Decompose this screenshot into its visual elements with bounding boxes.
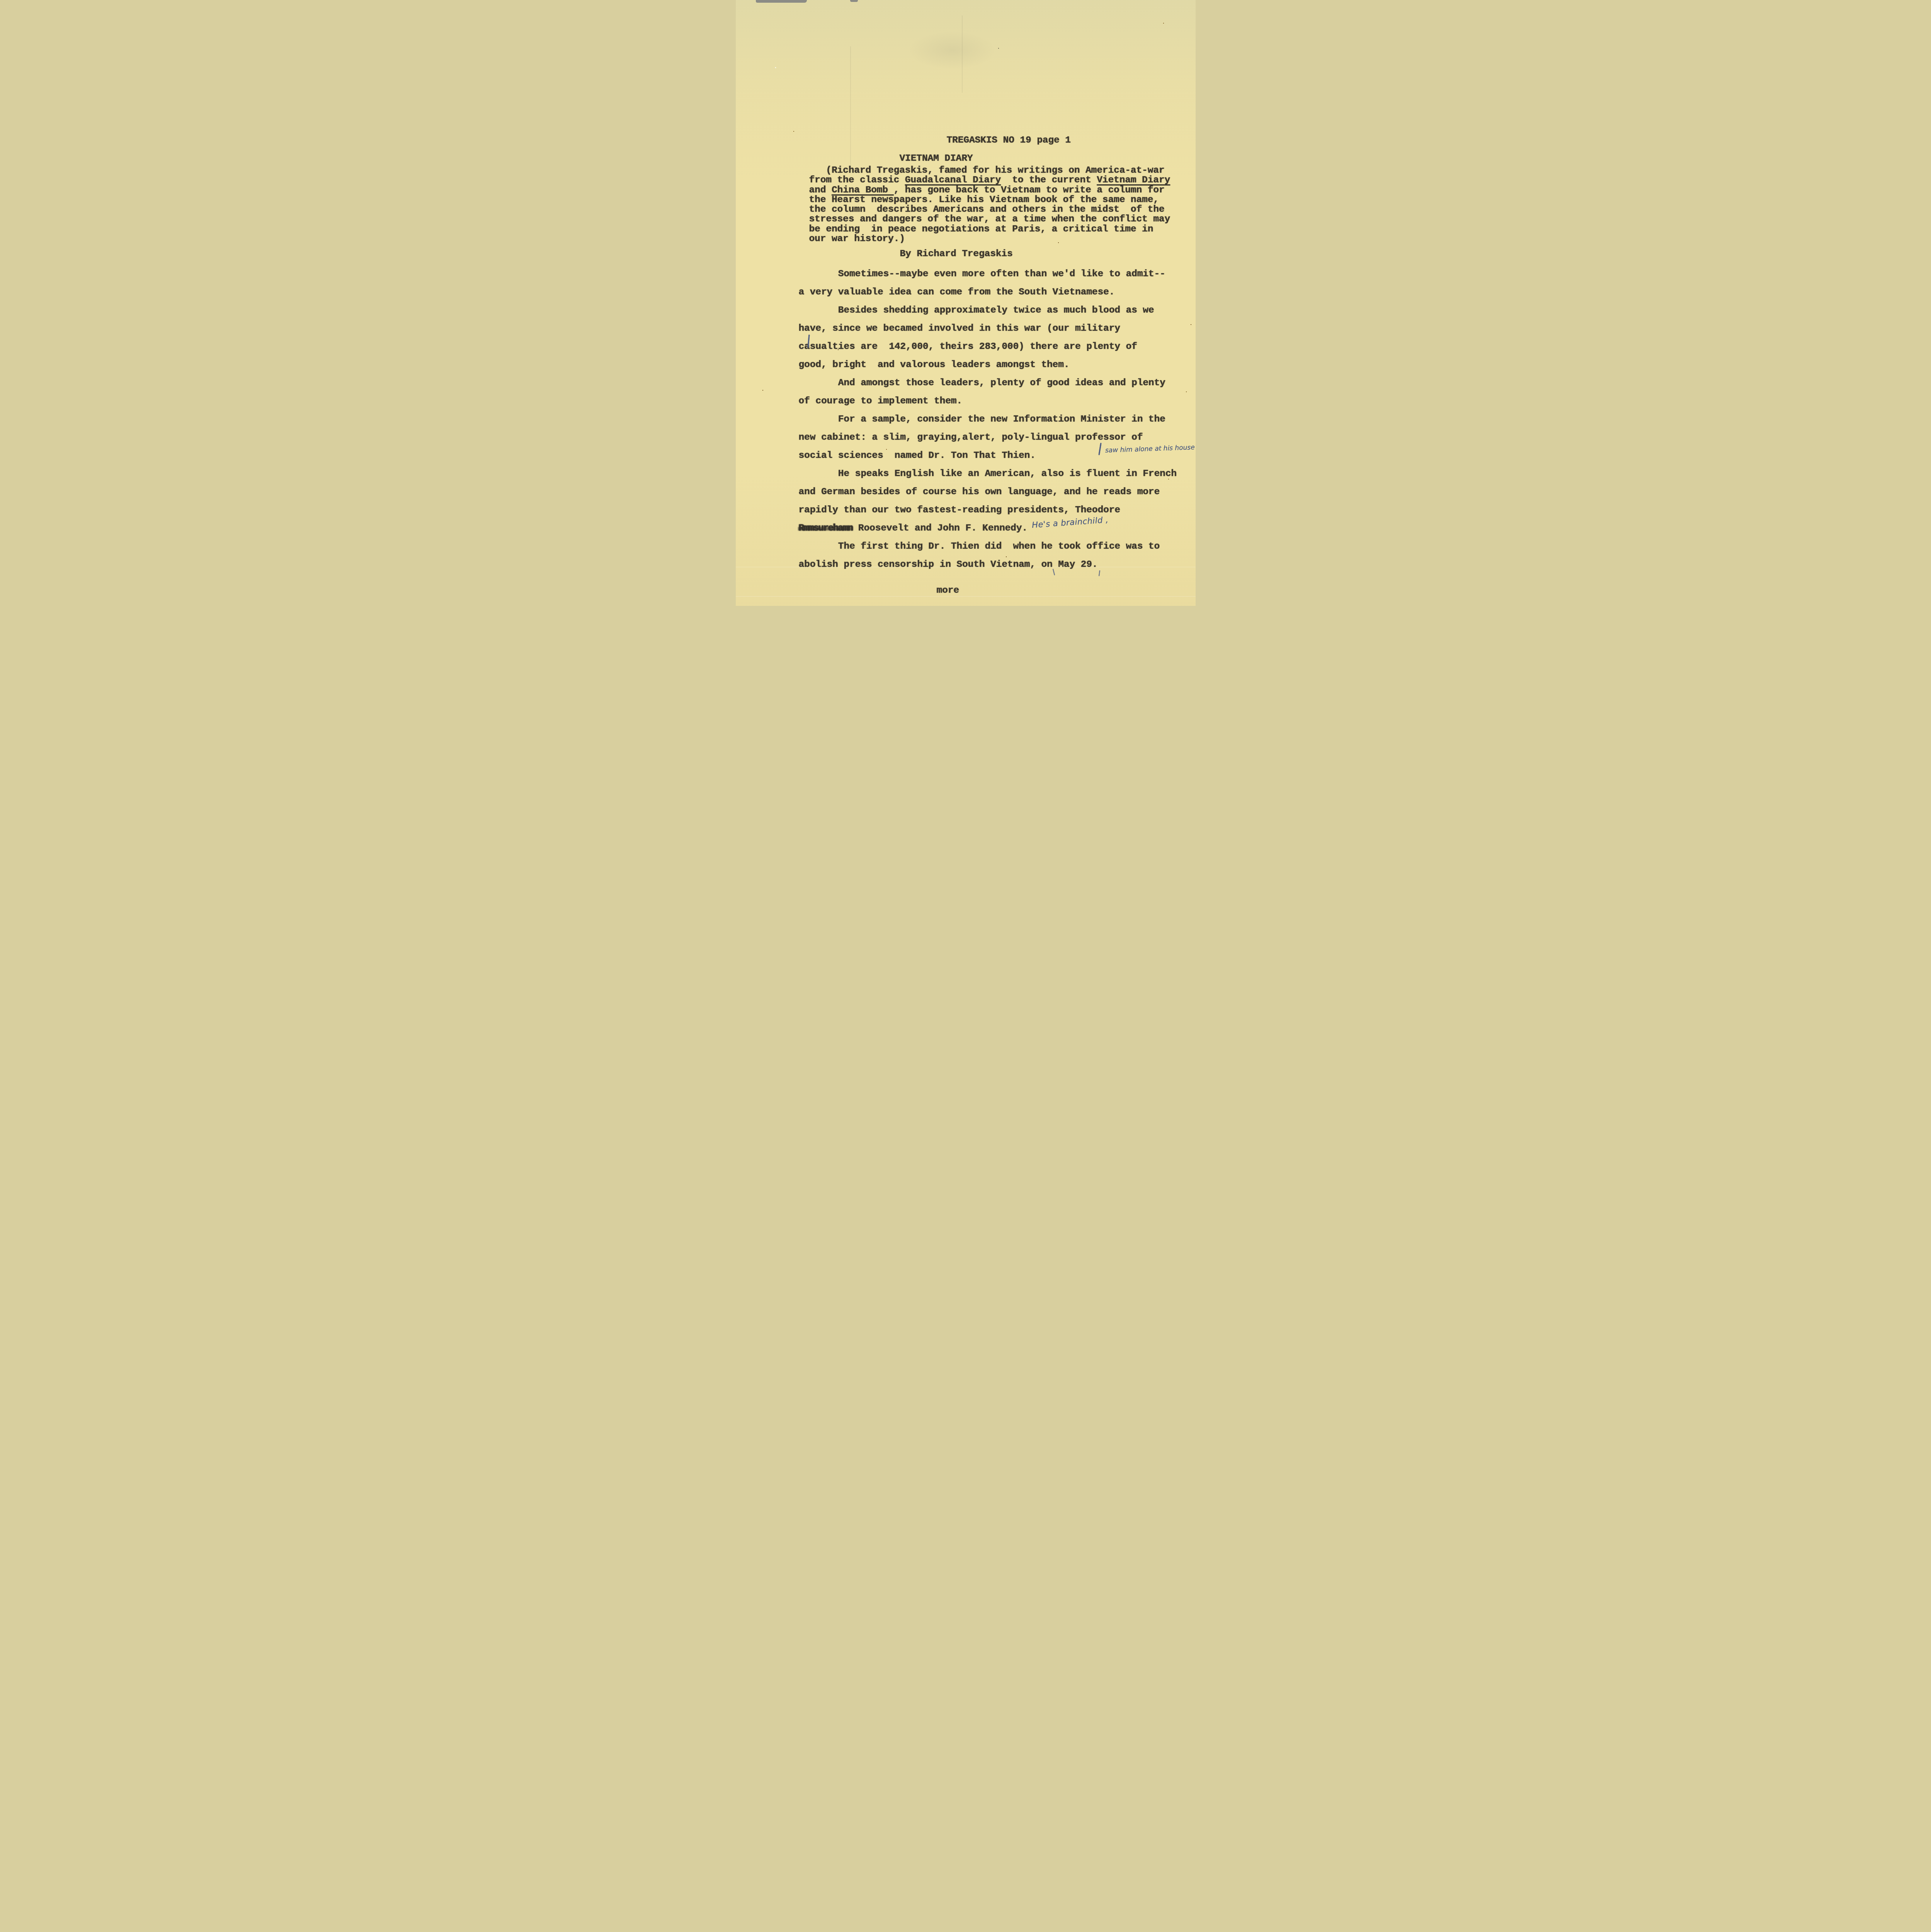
- typed-line: a very valuable idea can come from the S…: [799, 287, 1177, 306]
- paper-crease: [850, 46, 851, 170]
- typed-line: have, since we becamed involved in this …: [799, 324, 1177, 342]
- typed-text: The first thing Dr. Thien did when he to…: [799, 541, 1160, 552]
- scan-edge-artifact: [850, 0, 858, 2]
- byline: By Richard Tregaskis: [900, 249, 1013, 259]
- typed-text: Roosevelt and John F. Kennedy.: [852, 523, 1028, 534]
- typed-text: and: [809, 185, 832, 196]
- typed-text: and German besides of course his own lan…: [799, 487, 1160, 497]
- typed-text: For a sample, consider the new Informati…: [799, 414, 1165, 425]
- typed-line: be ending in peace negotiations at Paris…: [809, 224, 1171, 234]
- typed-text: to the current: [1001, 175, 1097, 185]
- typed-text: , has gone back to Vietnam to write a co…: [894, 185, 1165, 196]
- typed-text: from the classic: [809, 175, 905, 185]
- typed-text: rapidly than our two fastest-reading pre…: [799, 505, 1120, 515]
- typed-line: the Hearst newspapers. Like his Vietnam …: [809, 195, 1171, 205]
- body-paragraphs: Sometimes--maybe even more often than we…: [799, 269, 1177, 578]
- scan-edge-artifact: [756, 0, 807, 3]
- typed-line: from the classic Guadalcanal Diary to th…: [809, 175, 1171, 185]
- crossed-out-word: Rmmsurehamn: [799, 523, 853, 534]
- typed-line: He speaks English like an American, also…: [799, 469, 1177, 487]
- typed-line: and China Bomb , has gone back to Vietna…: [809, 185, 1171, 195]
- intro-paragraph: (Richard Tregaskis, famed for his writin…: [809, 166, 1171, 244]
- typed-text: And amongst those leaders, plenty of goo…: [799, 378, 1165, 388]
- typed-line: For a sample, consider the new Informati…: [799, 415, 1177, 433]
- typed-text: be ending in peace negotiations at Paris…: [809, 224, 1153, 235]
- underlined-book-title: Vietnam Diary: [1097, 175, 1170, 185]
- typed-text: have, since we becamed involved in this …: [799, 323, 1120, 334]
- typed-text: good, bright and valorous leaders amongs…: [799, 360, 1070, 370]
- typed-line: abolish press censorship in South Vietna…: [799, 560, 1177, 578]
- typed-text: Besides shedding approximately twice as …: [799, 305, 1154, 316]
- typed-line: casualties are 142,000, theirs 283,000) …: [799, 342, 1177, 360]
- typed-text: social sciences named Dr. Ton That Thien…: [799, 451, 1036, 461]
- typed-line: The first thing Dr. Thien did when he to…: [799, 542, 1177, 560]
- typed-text: the column describes Americans and other…: [809, 204, 1165, 215]
- header-doc-ref: TREGASKIS NO 19 page 1: [947, 135, 1071, 146]
- typed-line: of courage to implement them.: [799, 396, 1177, 415]
- scanned-document-page: TREGASKIS NO 19 page 1 VIETNAM DIARY (Ri…: [736, 0, 1196, 606]
- typed-text: of courage to implement them.: [799, 396, 962, 406]
- typed-text: Sometimes--maybe even more often than we…: [799, 269, 1165, 279]
- document-title: VIETNAM DIARY: [900, 153, 973, 164]
- typed-line: the column describes Americans and other…: [809, 205, 1171, 214]
- typed-line: our war history.): [809, 234, 1171, 244]
- typed-text: the Hearst newspapers. Like his Vietnam …: [809, 195, 1159, 205]
- typed-line: and German besides of course his own lan…: [799, 487, 1177, 505]
- typed-text: abolish press censorship in South Vietna…: [799, 560, 1098, 570]
- typed-text: our war history.): [809, 234, 905, 244]
- typed-text: new cabinet: a slim, graying,alert, poly…: [799, 432, 1143, 443]
- typed-line: stresses and dangers of the war, at a ti…: [809, 214, 1171, 224]
- typed-text: (Richard Tregaskis, famed for his writin…: [809, 165, 1165, 176]
- typed-text: stresses and dangers of the war, at a ti…: [809, 214, 1171, 224]
- paper-crease: [736, 596, 1196, 597]
- typed-line: And amongst those leaders, plenty of goo…: [799, 378, 1177, 396]
- underlined-book-title: Guadalcanal Diary: [905, 175, 1001, 185]
- typed-text: He speaks English like an American, also…: [799, 469, 1177, 479]
- typed-line: Besides shedding approximately twice as …: [799, 306, 1177, 324]
- typed-line: good, bright and valorous leaders amongs…: [799, 360, 1177, 378]
- paper-crease: [962, 15, 963, 93]
- typed-line: Sometimes--maybe even more often than we…: [799, 269, 1177, 287]
- underlined-book-title: China Bomb: [832, 185, 894, 196]
- typed-line: rapidly than our two fastest-reading pre…: [799, 505, 1177, 524]
- more-label: more: [937, 585, 959, 596]
- typed-line: Rmmsurehamn Roosevelt and John F. Kenned…: [799, 524, 1177, 542]
- typed-text: a very valuable idea can come from the S…: [799, 287, 1115, 298]
- typed-line: (Richard Tregaskis, famed for his writin…: [809, 166, 1171, 175]
- typed-text: casualties are 142,000, theirs 283,000) …: [799, 342, 1137, 352]
